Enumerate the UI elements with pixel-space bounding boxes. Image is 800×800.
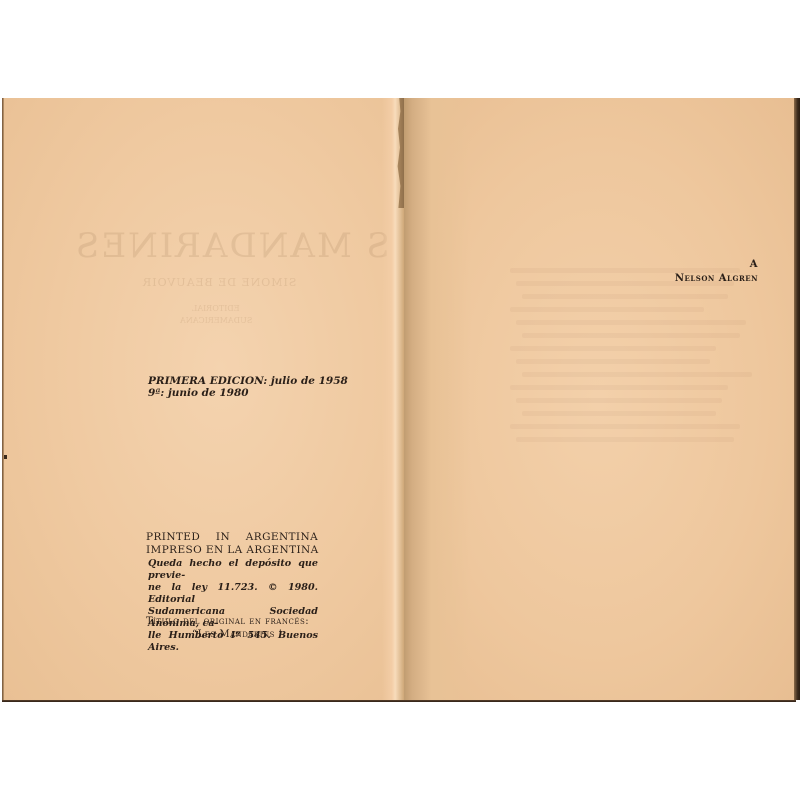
first-edition-line: PRIMERA EDICION: julio de 1958 [148, 375, 348, 387]
left-page: LOS MANDARINES SIMONE DE BEAUVOIR EDITOR… [2, 98, 400, 700]
bleed-through-line-1: EDITORIAL [192, 304, 240, 313]
bleed-line [522, 411, 716, 416]
printed-in-argentina: PRINTED IN ARGENTINA [146, 531, 319, 544]
legal-line: ne la ley 11.723. © 1980. Editorial [148, 582, 318, 606]
bleed-line [510, 307, 704, 312]
printing-notice: PRINTED IN ARGENTINA IMPRESO EN LA ARGEN… [146, 531, 319, 557]
right-page-edge [794, 98, 800, 700]
edition-info: PRIMERA EDICION: julio de 1958 9ª: junio… [148, 375, 348, 399]
bleed-line [522, 372, 752, 377]
original-title-label: Título del original en francés: [146, 616, 309, 627]
bleed-line [522, 333, 740, 338]
left-page-edge [2, 98, 4, 700]
dedication-name: Nelson Algren [668, 272, 758, 286]
bleed-line [516, 437, 734, 442]
book-spread: LOS MANDARINES SIMONE DE BEAUVOIR EDITOR… [2, 98, 796, 700]
impreso-en-la-argentina: IMPRESO EN LA ARGENTINA [146, 544, 319, 557]
bleed-line [516, 320, 746, 325]
bottom-page-edge [2, 700, 796, 702]
bleed-line [522, 294, 728, 299]
right-page: A Nelson Algren [400, 98, 796, 700]
bleed-through-line-2: SUDAMERICANA [180, 316, 252, 325]
dedication: A Nelson Algren [668, 258, 758, 286]
bleed-line [510, 385, 728, 390]
bleed-line [510, 424, 740, 429]
legal-line: Queda hecho el depósito que previe- [148, 558, 318, 582]
bleed-through-subtitle: SIMONE DE BEAUVOIR [142, 276, 296, 289]
bleed-line [516, 359, 710, 364]
paper-speck [4, 455, 7, 459]
bleed-line [510, 346, 716, 351]
bleed-line [516, 398, 722, 403]
original-title: “Les Mandarins ’ [146, 628, 309, 641]
ninth-edition-line: 9ª: junio de 1980 [148, 387, 348, 399]
dedication-prefix: A [668, 258, 758, 272]
original-title-block: Título del original en francés: “Les Man… [146, 615, 309, 641]
